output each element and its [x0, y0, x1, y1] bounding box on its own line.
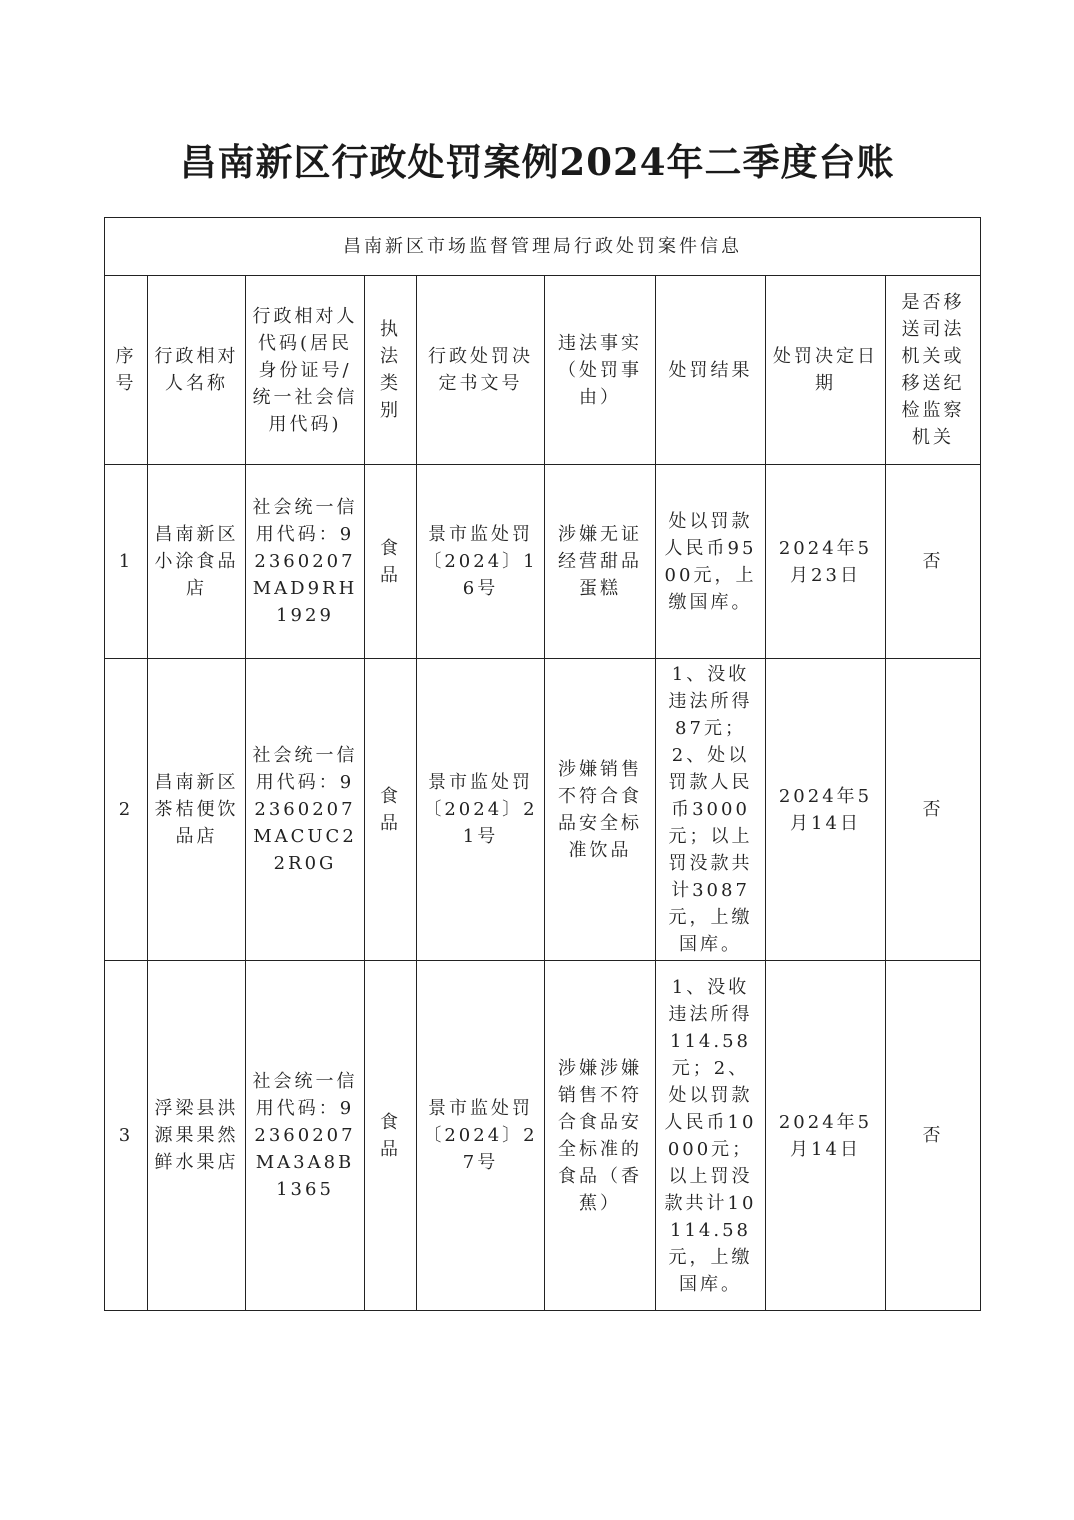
cell-name: 昌南新区茶桔便饮品店 [148, 659, 246, 961]
cell-name: 浮梁县洪源果果然鲜水果店 [148, 961, 246, 1311]
cell-doc-no: 景市监处罚〔2024〕16号 [417, 465, 545, 659]
table-row: 1 昌南新区小涂食品店 社会统一信用代码：92360207MAD9RH1929 … [105, 465, 981, 659]
header-facts: 违法事实（处罚事由） [545, 276, 656, 465]
cell-date: 2024年5月14日 [766, 961, 886, 1311]
header-doc-no: 行政处罚决定书文号 [417, 276, 545, 465]
cell-date: 2024年5月23日 [766, 465, 886, 659]
header-name: 行政相对人名称 [148, 276, 246, 465]
cell-seq: 1 [105, 465, 148, 659]
cell-code: 社会统一信用代码：92360207MAD9RH1929 [246, 465, 365, 659]
table-caption: 昌南新区市场监督管理局行政处罚案件信息 [105, 218, 981, 276]
header-code: 行政相对人代码(居民身份证号/统一社会信用代码) [246, 276, 365, 465]
cell-doc-no: 景市监处罚〔2024〕21号 [417, 659, 545, 961]
cell-category: 食品 [365, 465, 417, 659]
cell-category: 食品 [365, 961, 417, 1311]
table-header-row: 序号 行政相对人名称 行政相对人代码(居民身份证号/统一社会信用代码) 执法类别… [105, 276, 981, 465]
cell-facts: 涉嫌涉嫌销售不符合食品安全标准的食品（香蕉） [545, 961, 656, 1311]
penalty-ledger-table: 昌南新区市场监督管理局行政处罚案件信息 序号 行政相对人名称 行政相对人代码(居… [104, 217, 981, 1311]
cell-code: 社会统一信用代码：92360207MA3A8B1365 [246, 961, 365, 1311]
cell-date: 2024年5月14日 [766, 659, 886, 961]
document-title: 昌南新区行政处罚案例2024年二季度台账 [0, 132, 1074, 186]
table-row: 2 昌南新区茶桔便饮品店 社会统一信用代码：92360207MACUC22R0G… [105, 659, 981, 961]
cell-doc-no: 景市监处罚〔2024〕27号 [417, 961, 545, 1311]
cell-name: 昌南新区小涂食品店 [148, 465, 246, 659]
cell-seq: 3 [105, 961, 148, 1311]
header-result: 处罚结果 [656, 276, 766, 465]
cell-facts: 涉嫌销售不符合食品安全标准饮品 [545, 659, 656, 961]
header-category: 执法类别 [365, 276, 417, 465]
header-seq: 序号 [105, 276, 148, 465]
cell-code: 社会统一信用代码：92360207MACUC22R0G [246, 659, 365, 961]
cell-result: 处以罚款人民币9500元，上缴国库。 [656, 465, 766, 659]
header-transferred: 是否移送司法机关或移送纪检监察机关 [886, 276, 981, 465]
cell-transferred: 否 [886, 659, 981, 961]
cell-result: 1、没收违法所得114.58元；2、处以罚款人民币10000元；以上罚没款共计1… [656, 961, 766, 1311]
cell-facts: 涉嫌无证经营甜品蛋糕 [545, 465, 656, 659]
cell-result: 1、没收违法所得87元；2、处以罚款人民币3000元；以上罚没款共计3087元，… [656, 659, 766, 961]
table-row: 3 浮梁县洪源果果然鲜水果店 社会统一信用代码：92360207MA3A8B13… [105, 961, 981, 1311]
cell-category: 食品 [365, 659, 417, 961]
cell-transferred: 否 [886, 465, 981, 659]
cell-seq: 2 [105, 659, 148, 961]
header-date: 处罚决定日期 [766, 276, 886, 465]
cell-transferred: 否 [886, 961, 981, 1311]
